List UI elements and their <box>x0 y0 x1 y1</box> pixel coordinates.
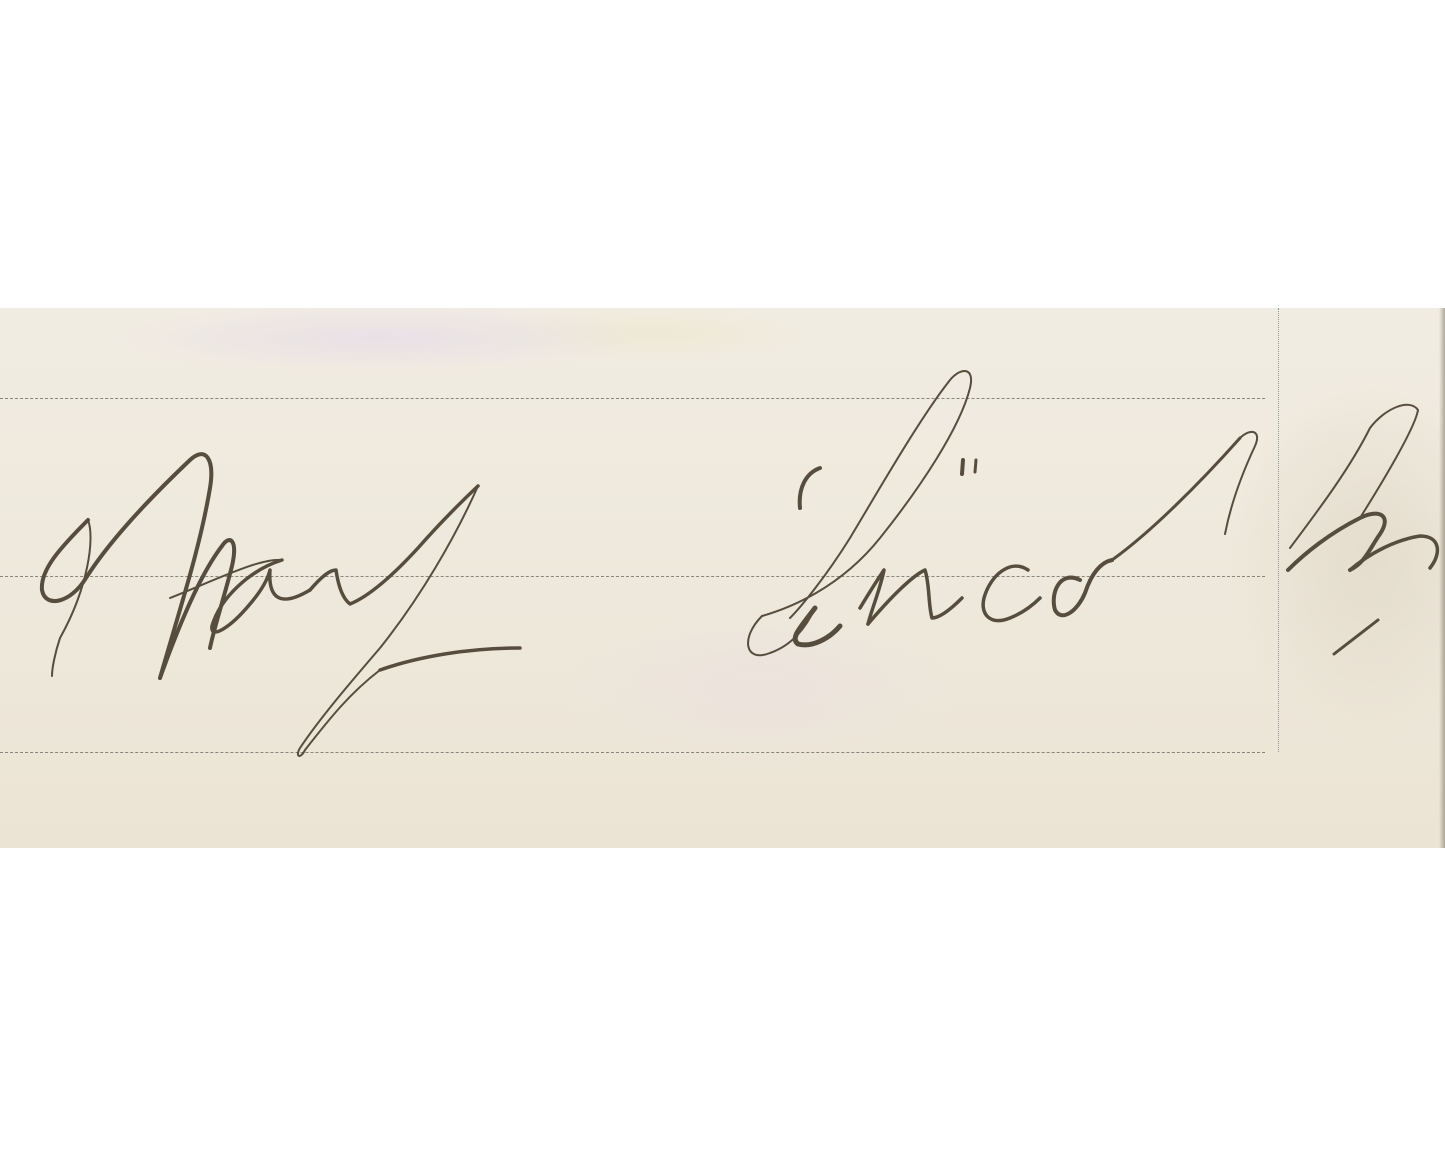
letter-l-lowercase <box>1112 432 1257 560</box>
signature-text: Mary Lincoln <box>0 0 1 1</box>
letter-c <box>983 566 1040 620</box>
letter-l <box>748 371 971 655</box>
letter-m <box>42 454 234 678</box>
letter-o <box>1054 560 1112 615</box>
letter-r-y <box>298 486 520 756</box>
letter-n-partial <box>1288 405 1437 654</box>
signature-mary-lincoln <box>0 308 1445 848</box>
